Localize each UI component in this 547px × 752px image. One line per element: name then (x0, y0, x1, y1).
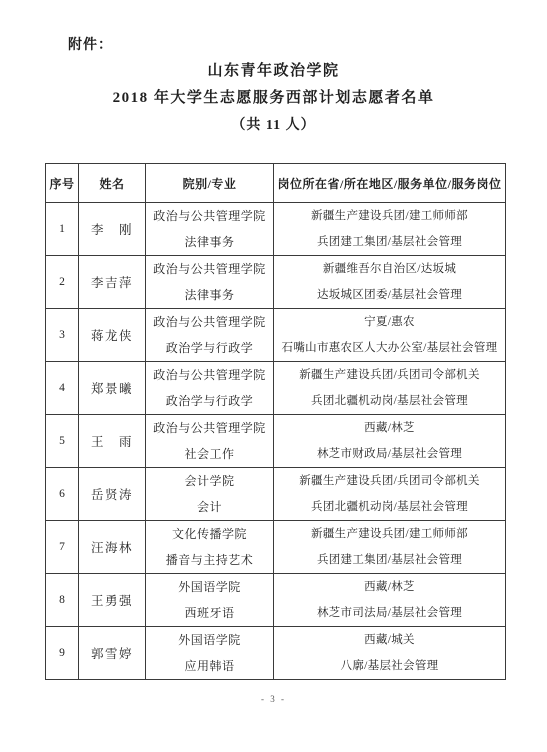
major-line: 播音与主持艺术 (166, 553, 254, 567)
column-header-dept: 院别/专业 (146, 164, 274, 203)
page-number: - 3 - (0, 694, 547, 704)
post-cell: 新疆生产建设兵团/建工师师部兵团建工集团/基层社会管理 (274, 521, 506, 574)
region-line: 西藏/城关 (364, 633, 415, 647)
name-cell: 郭雪婷 (79, 627, 146, 680)
seq-cell: 7 (46, 521, 79, 574)
dept-cell: 文化传播学院播音与主持艺术 (146, 521, 274, 574)
document-page: 附件： 山东青年政治学院 2018 年大学生志愿服务西部计划志愿者名单 （共 1… (0, 0, 547, 752)
name-cell: 王 雨 (79, 415, 146, 468)
dept-cell: 外国语学院应用韩语 (146, 627, 274, 680)
post-cell: 宁夏/惠农石嘴山市惠农区人大办公室/基层社会管理 (274, 309, 506, 362)
name-cell: 蒋龙侠 (79, 309, 146, 362)
dept-cell: 政治与公共管理学院法律事务 (146, 203, 274, 256)
unit-line: 兵团建工集团/基层社会管理 (317, 235, 462, 249)
post-cell: 西藏/林芝林芝市财政局/基层社会管理 (274, 415, 506, 468)
region-line: 新疆维吾尔自治区/达坂城 (323, 262, 456, 276)
region-line: 西藏/林芝 (364, 580, 415, 594)
unit-line: 八廓/基层社会管理 (341, 659, 439, 673)
dept-cell: 政治与公共管理学院法律事务 (146, 256, 274, 309)
document-title-main: 2018 年大学生志愿服务西部计划志愿者名单 (0, 85, 547, 112)
college-line: 文化传播学院 (172, 527, 247, 541)
table-row: 4郑景曦政治与公共管理学院政治学与行政学新疆生产建设兵团/兵团司令部机关兵团北疆… (46, 362, 506, 415)
region-line: 新疆生产建设兵团/建工师师部 (311, 209, 468, 223)
name-cell: 郑景曦 (79, 362, 146, 415)
name-cell: 李吉萍 (79, 256, 146, 309)
unit-line: 达坂城区团委/基层社会管理 (317, 288, 462, 302)
name-cell: 王勇强 (79, 574, 146, 627)
region-line: 新疆生产建设兵团/兵团司令部机关 (299, 368, 480, 382)
unit-line: 兵团北疆机动岗/基层社会管理 (311, 500, 468, 514)
region-line: 新疆生产建设兵团/建工师师部 (311, 527, 468, 541)
post-cell: 新疆生产建设兵团/建工师师部兵团建工集团/基层社会管理 (274, 203, 506, 256)
dept-cell: 政治与公共管理学院政治学与行政学 (146, 309, 274, 362)
major-line: 法律事务 (184, 235, 234, 249)
major-line: 政治学与行政学 (166, 341, 254, 355)
region-line: 西藏/林芝 (364, 421, 415, 435)
dept-cell: 会计学院会计 (146, 468, 274, 521)
dept-cell: 政治与公共管理学院社会工作 (146, 415, 274, 468)
table-row: 2李吉萍政治与公共管理学院法律事务新疆维吾尔自治区/达坂城达坂城区团委/基层社会… (46, 256, 506, 309)
major-line: 政治学与行政学 (166, 394, 254, 408)
table-body: 1李 刚政治与公共管理学院法律事务新疆生产建设兵团/建工师师部兵团建工集团/基层… (46, 203, 506, 680)
college-line: 外国语学院 (178, 633, 241, 647)
region-line: 宁夏/惠农 (364, 315, 415, 329)
column-header-post: 岗位所在省/所在地区/服务单位/服务岗位 (274, 164, 506, 203)
column-header-name: 姓名 (79, 164, 146, 203)
post-cell: 西藏/城关八廓/基层社会管理 (274, 627, 506, 680)
region-line: 新疆生产建设兵团/兵团司令部机关 (299, 474, 480, 488)
major-line: 会计 (197, 500, 222, 514)
attachment-label: 附件： (68, 34, 113, 54)
dept-cell: 外国语学院西班牙语 (146, 574, 274, 627)
unit-line: 石嘴山市惠农区人大办公室/基层社会管理 (282, 341, 498, 355)
college-line: 政治与公共管理学院 (153, 421, 266, 435)
major-line: 应用韩语 (184, 659, 234, 673)
table-row: 7汪海林文化传播学院播音与主持艺术新疆生产建设兵团/建工师师部兵团建工集团/基层… (46, 521, 506, 574)
seq-cell: 5 (46, 415, 79, 468)
name-cell: 李 刚 (79, 203, 146, 256)
unit-line: 林芝市司法局/基层社会管理 (317, 606, 462, 620)
seq-cell: 4 (46, 362, 79, 415)
table-row: 1李 刚政治与公共管理学院法律事务新疆生产建设兵团/建工师师部兵团建工集团/基层… (46, 203, 506, 256)
unit-line: 林芝市财政局/基层社会管理 (317, 447, 462, 461)
table-row: 6岳贤涛会计学院会计新疆生产建设兵团/兵团司令部机关兵团北疆机动岗/基层社会管理 (46, 468, 506, 521)
document-title-institution: 山东青年政治学院 (0, 58, 547, 85)
name-cell: 岳贤涛 (79, 468, 146, 521)
seq-cell: 3 (46, 309, 79, 362)
college-line: 政治与公共管理学院 (153, 368, 266, 382)
post-cell: 新疆生产建设兵团/兵团司令部机关兵团北疆机动岗/基层社会管理 (274, 362, 506, 415)
college-line: 政治与公共管理学院 (153, 262, 266, 276)
college-line: 外国语学院 (178, 580, 241, 594)
post-cell: 新疆维吾尔自治区/达坂城达坂城区团委/基层社会管理 (274, 256, 506, 309)
seq-cell: 2 (46, 256, 79, 309)
seq-cell: 6 (46, 468, 79, 521)
unit-line: 兵团建工集团/基层社会管理 (317, 553, 462, 567)
major-line: 社会工作 (184, 447, 234, 461)
name-cell: 汪海林 (79, 521, 146, 574)
seq-cell: 9 (46, 627, 79, 680)
document-title-count: （共 11 人） (0, 112, 547, 139)
college-line: 会计学院 (184, 474, 234, 488)
table-header: 序号 姓名 院别/专业 岗位所在省/所在地区/服务单位/服务岗位 (46, 164, 506, 203)
table-header-row: 序号 姓名 院别/专业 岗位所在省/所在地区/服务单位/服务岗位 (46, 164, 506, 203)
college-line: 政治与公共管理学院 (153, 315, 266, 329)
seq-cell: 1 (46, 203, 79, 256)
unit-line: 兵团北疆机动岗/基层社会管理 (311, 394, 468, 408)
major-line: 西班牙语 (184, 606, 234, 620)
volunteer-table: 序号 姓名 院别/专业 岗位所在省/所在地区/服务单位/服务岗位 1李 刚政治与… (45, 163, 506, 680)
seq-cell: 8 (46, 574, 79, 627)
table-row: 3蒋龙侠政治与公共管理学院政治学与行政学宁夏/惠农石嘴山市惠农区人大办公室/基层… (46, 309, 506, 362)
title-block: 山东青年政治学院 2018 年大学生志愿服务西部计划志愿者名单 （共 11 人） (0, 58, 547, 139)
column-header-seq: 序号 (46, 164, 79, 203)
dept-cell: 政治与公共管理学院政治学与行政学 (146, 362, 274, 415)
college-line: 政治与公共管理学院 (153, 209, 266, 223)
table-row: 5王 雨政治与公共管理学院社会工作西藏/林芝林芝市财政局/基层社会管理 (46, 415, 506, 468)
post-cell: 新疆生产建设兵团/兵团司令部机关兵团北疆机动岗/基层社会管理 (274, 468, 506, 521)
table-row: 8王勇强外国语学院西班牙语西藏/林芝林芝市司法局/基层社会管理 (46, 574, 506, 627)
major-line: 法律事务 (184, 288, 234, 302)
table-row: 9郭雪婷外国语学院应用韩语西藏/城关八廓/基层社会管理 (46, 627, 506, 680)
post-cell: 西藏/林芝林芝市司法局/基层社会管理 (274, 574, 506, 627)
